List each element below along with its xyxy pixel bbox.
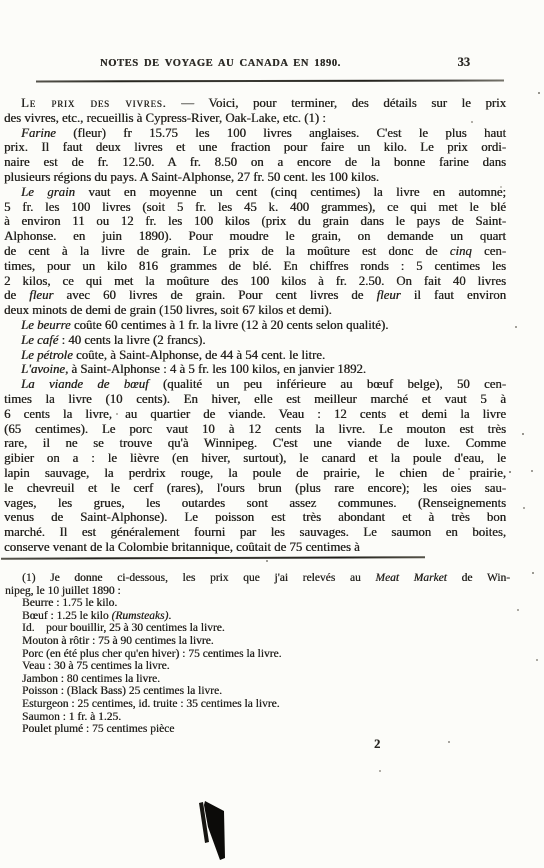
footnote-line: (1) Je donne ci-dessous, les prix que j'… (5, 572, 510, 585)
footnote-line: Esturgeon : 25 centimes, id. truite : 35… (5, 698, 510, 711)
paragraph: Le café : 40 cents la livre (2 francs). (4, 333, 506, 348)
paragraph: Le beurre coûte 60 centimes à 1 fr. la l… (4, 318, 506, 333)
paragraph: Le grain vaut en moyenne un cent (cinq c… (4, 185, 506, 318)
footnote-line: Mouton à rôtir : 75 à 90 centimes la liv… (5, 635, 510, 648)
text-line: de cent à la livre de grain. Le prix de … (4, 244, 506, 259)
text-line: vages, les grues, les outardes sont asse… (4, 496, 506, 511)
text-line: times la livre (10 cents). En hiver, ell… (4, 392, 506, 407)
text-line: marché. Il est généralement fourni par l… (4, 525, 506, 540)
text-line: Alphonse. en juin 1890). Pour moudre le … (4, 229, 506, 244)
header-rule (36, 80, 504, 83)
paragraph: Farine (fleur) fr 15.75 les 100 livres a… (4, 126, 506, 185)
text-line: times, pour un kilo 816 grammes de blé. … (4, 259, 506, 274)
footnote-line: Beurre : 1.75 le kilo. (5, 597, 510, 610)
footnote-line: nipeg, le 10 juillet 1890 : (5, 585, 510, 598)
text-line: La viande de bœuf (qualité un peu inféri… (4, 377, 506, 392)
text-line: (65 centimes). Le porc vaut 10 à 12 cent… (4, 422, 506, 437)
text-line: 2 kilos, ce qui met la moûture des 100 k… (4, 274, 506, 289)
page-header: NOTES DE VOYAGE AU CANADA EN 1890. 33 (100, 55, 470, 70)
footnote-line: Poulet plumé : 75 centimes pièce (5, 723, 510, 736)
text-line: rare, il ne se trouve qu'à Winnipeg. C'e… (4, 436, 506, 451)
footnote: (1) Je donne ci-dessous, les prix que j'… (5, 572, 510, 736)
text-line: naire est de fr. 12.50. A fr. 8.50 on a … (4, 155, 506, 170)
text-line: de fleur avec 60 livres de grain. Pour c… (4, 288, 506, 303)
footnote-line: Veau : 30 à 75 centimes la livre. (5, 660, 510, 673)
text-line: des vivres, etc., recueillis à Cypress-R… (4, 111, 506, 126)
paragraph: La viande de bœuf (qualité un peu inféri… (4, 377, 506, 555)
text-line: conserve venant de la Colombie britanniq… (4, 540, 506, 555)
page-number: 33 (458, 55, 471, 70)
text-line: 5 fr. les 100 livres (soit 5 fr. les 45 … (4, 200, 506, 215)
text-line: plusieurs régions du pays. A Saint-Alpho… (4, 170, 506, 185)
footnote-line: Porc (en été plus cher qu'en hiver) : 75… (5, 648, 510, 661)
text-line: venus de Saint-Alphonse). Le poisson est… (4, 510, 506, 525)
text-line: lapin sauvage, la perdrix rouge, la poul… (4, 466, 506, 481)
text-line: Le café : 40 cents la livre (2 francs). (4, 333, 506, 348)
footnote-line: Bœuf : 1.25 le kilo (Rumsteaks). (5, 610, 510, 623)
footnote-line: Id. pour bouillir, 25 à 30 centimes la l… (5, 622, 510, 635)
paragraph: Le pétrole coûte, à Saint-Alphonse, de 4… (4, 348, 506, 363)
text-line: Farine (fleur) fr 15.75 les 100 livres a… (4, 126, 506, 141)
text-line: gibier on a : le lièvre (en hiver, surto… (4, 451, 506, 466)
paragraph: L'avoine, à Saint-Alphonse : 4 à 5 fr. l… (4, 362, 506, 377)
ink-blot (195, 797, 231, 865)
text-line: Le pétrole coûte, à Saint-Alphonse, de 4… (4, 348, 506, 363)
running-title: NOTES DE VOYAGE AU CANADA EN 1890. (100, 58, 341, 69)
footnote-line: Saumon : 1 fr. à 1.25. (5, 711, 510, 724)
signature-number: 2 (374, 737, 380, 752)
text-line: deux minots de demi de grain (150 livres… (4, 303, 506, 318)
text-line: L'avoine, à Saint-Alphonse : 4 à 5 fr. l… (4, 362, 506, 377)
text-line: Le beurre coûte 60 centimes à 1 fr. la l… (4, 318, 506, 333)
body-text: Le prix des vivres. — Voici, pour termin… (4, 96, 506, 555)
text-line: Le prix des vivres. — Voici, pour termin… (4, 96, 506, 111)
footnote-line: Jambon : 80 centimes la livre. (5, 673, 510, 686)
footnote-line: Poisson : (Black Bass) 25 centimes la li… (5, 685, 510, 698)
page-container: NOTES DE VOYAGE AU CANADA EN 1890. 33 Le… (0, 0, 544, 868)
text-line: à environ 11 ou 12 fr. les 100 kilos (pr… (4, 214, 506, 229)
footnote-rule (1, 556, 425, 559)
text-line: Le grain vaut en moyenne un cent (cinq c… (4, 185, 506, 200)
text-line: le chevreuil et le cerf (rares), l'ours … (4, 481, 506, 496)
paragraph: Le prix des vivres. — Voici, pour termin… (4, 96, 506, 126)
text-line: 6 cents la livre, au quartier de viande.… (4, 407, 506, 422)
text-line: prix. Il faut deux livres et une fractio… (4, 140, 506, 155)
